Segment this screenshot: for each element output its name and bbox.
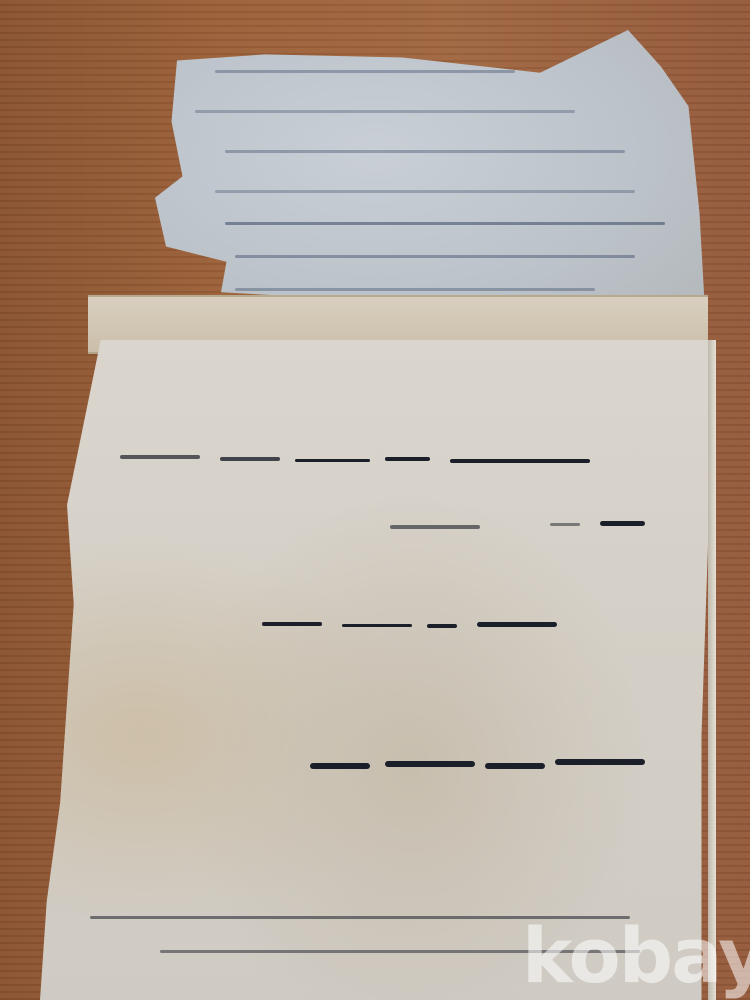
script-line-3 [262, 610, 562, 640]
script-line-2 [350, 515, 650, 545]
page-edge [708, 340, 716, 1000]
script-line-4 [310, 745, 650, 785]
script-line-1 [120, 445, 590, 475]
kobay-watermark: kobay [522, 918, 750, 994]
torn-page-fragment [155, 30, 705, 335]
manuscript-cover [40, 340, 715, 1000]
